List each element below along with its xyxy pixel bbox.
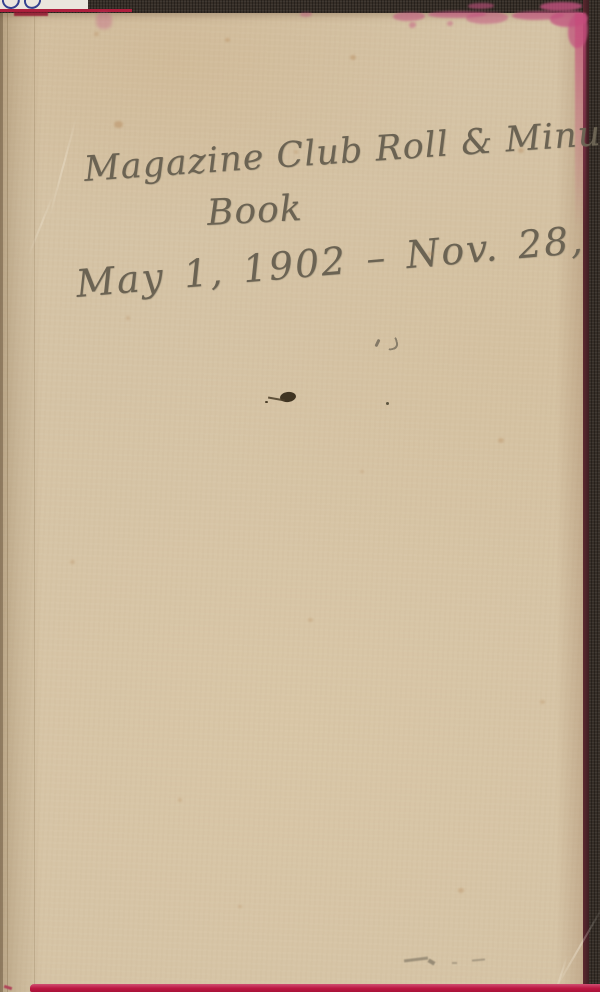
page-left-edge <box>0 13 3 992</box>
crimson-bottom-edge <box>30 984 600 992</box>
gutter-crease <box>34 13 35 992</box>
gutter-crease <box>7 13 8 992</box>
stray-dot <box>386 402 389 405</box>
scanned-page: Magazine Club Roll & Minute Book May 1, … <box>0 0 600 992</box>
ink-blot-speck <box>265 401 268 403</box>
red-smudge <box>14 12 48 16</box>
pink-dye-smudge <box>96 12 112 29</box>
handwriting-title-line-2: Book <box>206 188 304 234</box>
